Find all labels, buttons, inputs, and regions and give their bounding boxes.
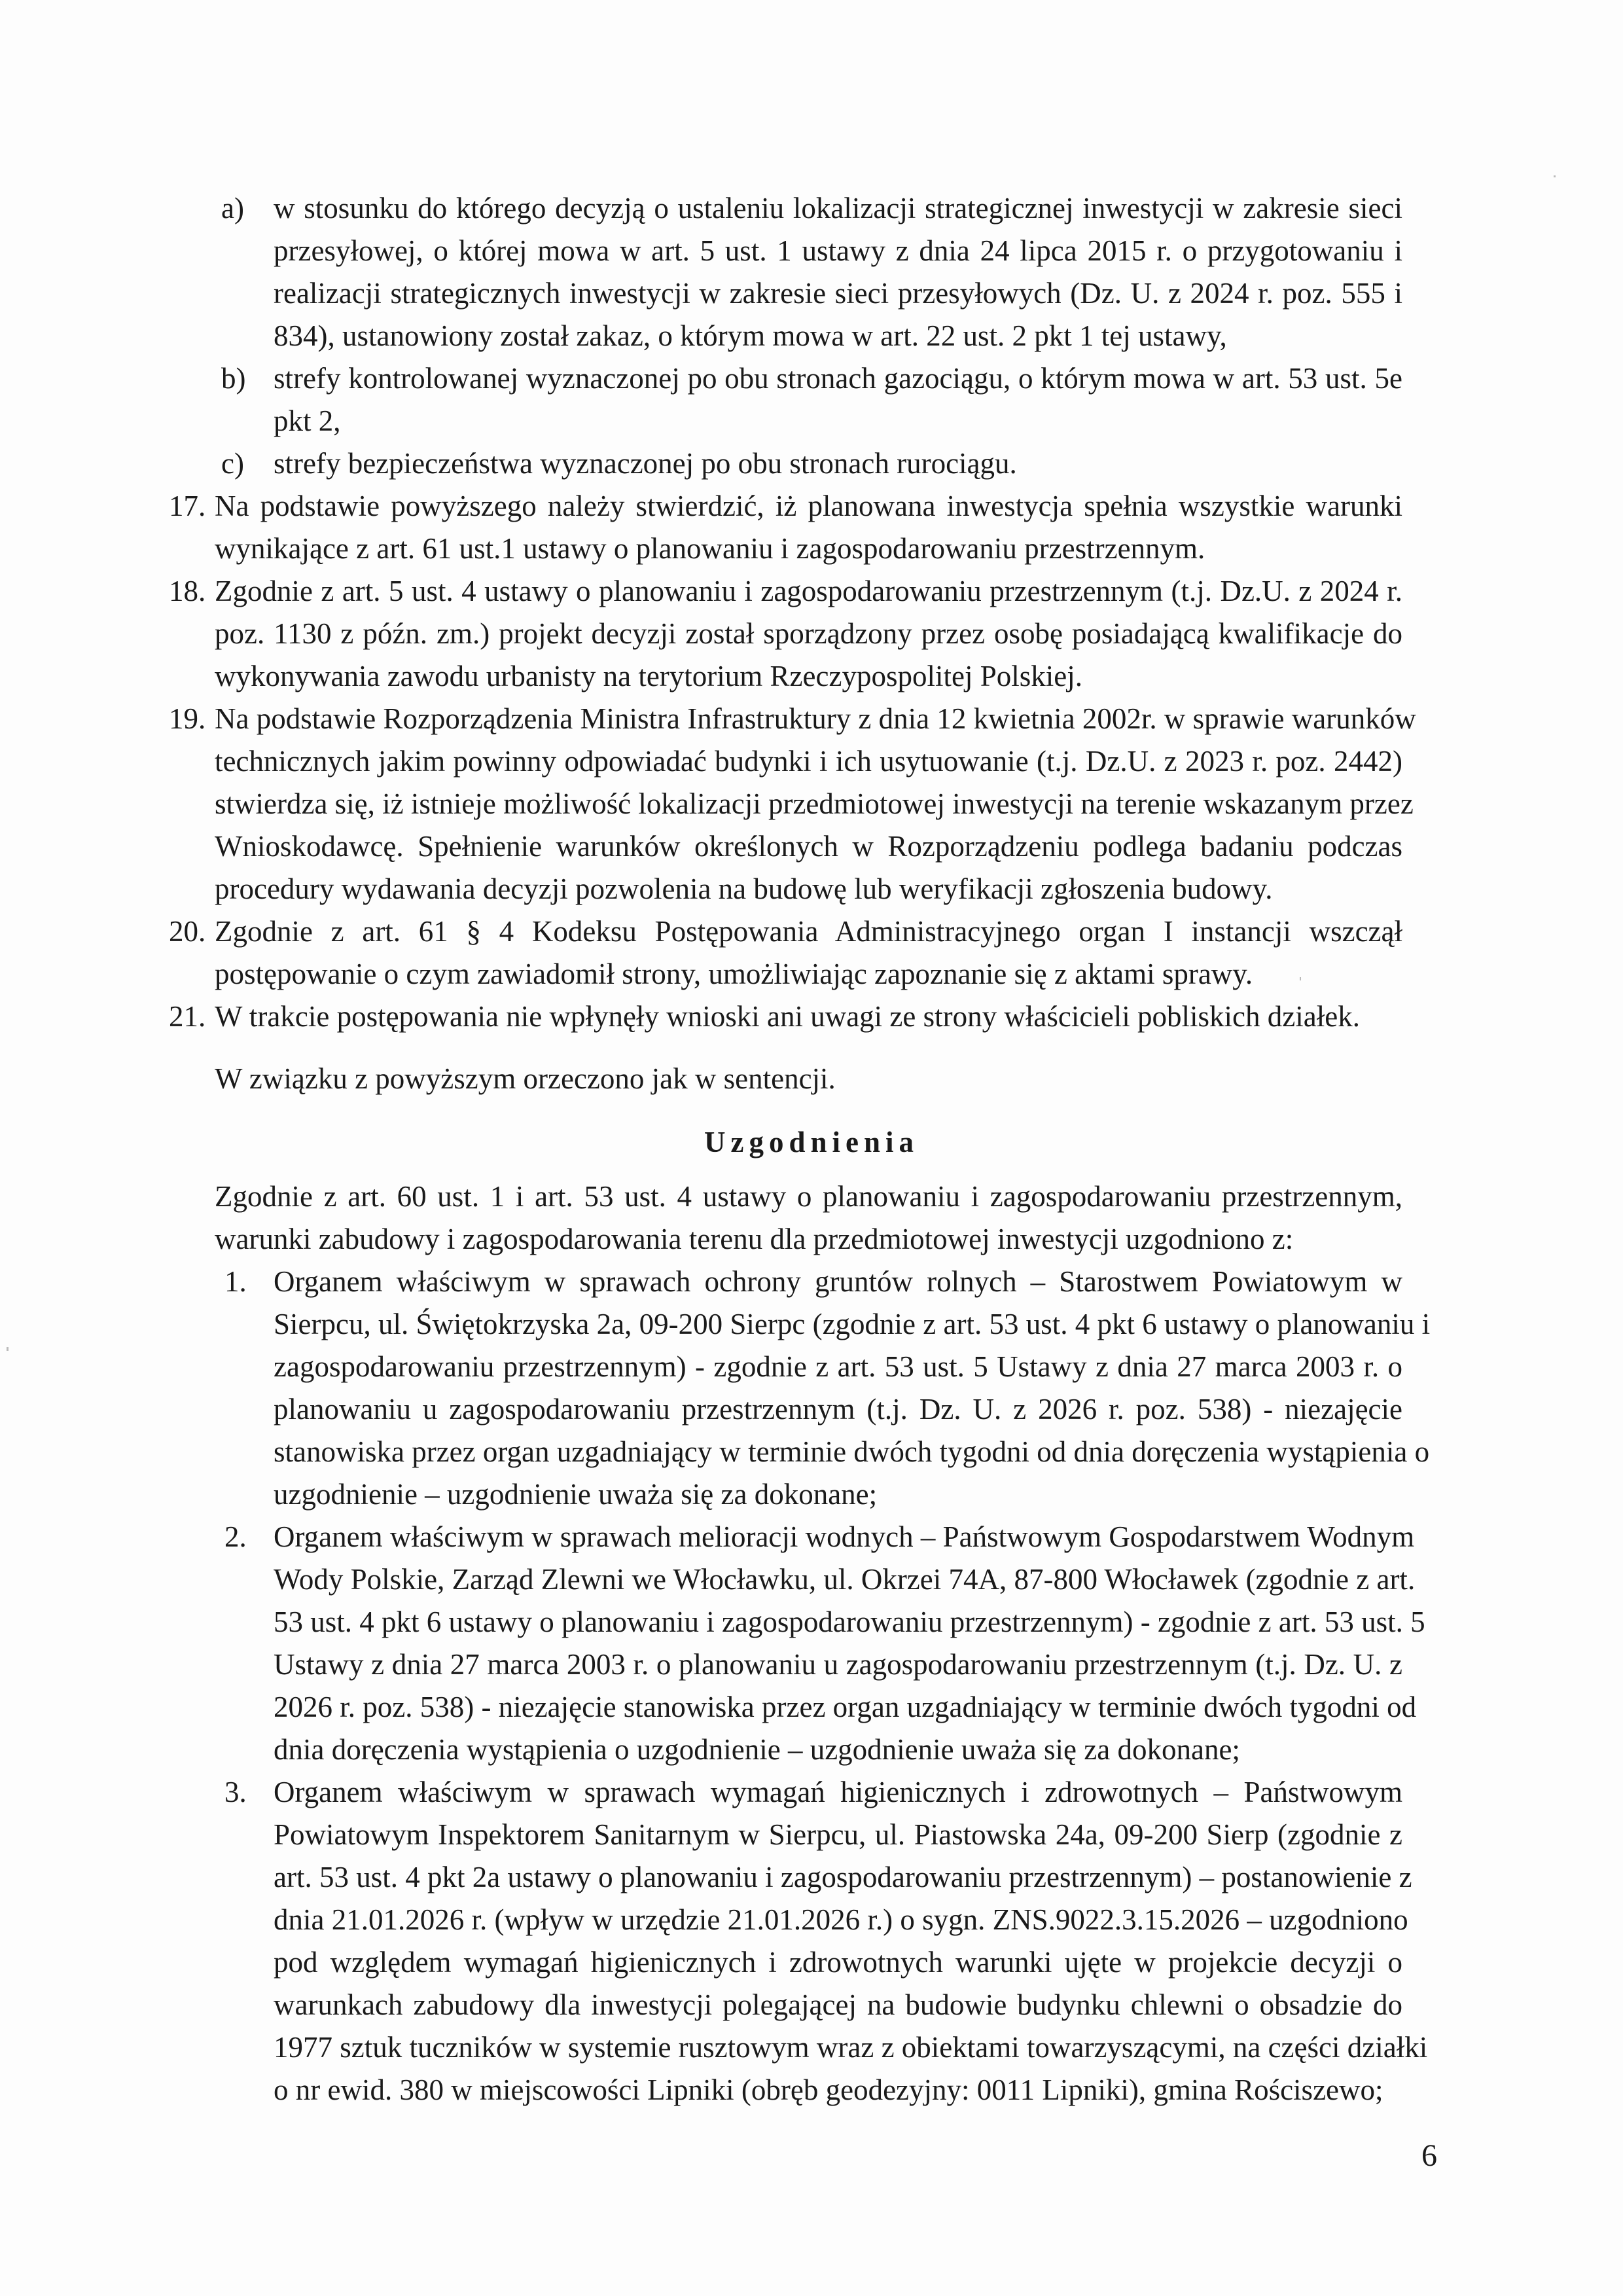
agreement-2-line: Ustawy z dnia 27 marca 2003 r. o planowa… — [274, 1650, 1402, 1679]
agreement-3-line: Powiatowym Inspektorem Sanitarnym w Sier… — [274, 1820, 1402, 1850]
item-17-line: wynikające z art. 61 ust.1 ustawy o plan… — [215, 534, 1205, 564]
agreement-2-line: Wody Polskie, Zarząd Zlewni we Włocławku… — [274, 1565, 1402, 1594]
scan-speck — [1300, 977, 1301, 980]
sub-item-b-line: pkt 2, — [274, 406, 341, 436]
sub-item-marker-c: c) — [221, 449, 244, 478]
agreement-3-line: Organem właściwym w sprawach wymagań hig… — [274, 1778, 1402, 1807]
agreement-1-line: stanowiska przez organ uzgadniający w te… — [274, 1437, 1402, 1467]
item-20-line: postępowanie o czym zawiadomił strony, u… — [215, 960, 1253, 989]
item-18-line: wykonywania zawodu urbanisty na terytori… — [215, 662, 1082, 691]
agreement-marker-2: 2. — [224, 1522, 247, 1552]
item-20-line: Zgodnie z art. 61 § 4 Kodeksu Postępowan… — [215, 917, 1402, 946]
agreement-1-line: Sierpcu, ul. Świętokrzyska 2a, 09-200 Si… — [274, 1310, 1402, 1339]
document-page: a) w stosunku do którego decyzją o ustal… — [0, 0, 1623, 2296]
agreement-3-line: art. 53 ust. 4 pkt 2a ustawy o planowani… — [274, 1863, 1402, 1892]
scan-speck — [1554, 175, 1556, 177]
sub-item-a-line: 834), ustanowiony został zakaz, o którym… — [274, 321, 1227, 351]
agreement-2-line: 53 ust. 4 pkt 6 ustawy o planowaniu i za… — [274, 1607, 1402, 1637]
item-19-line: Na podstawie Rozporządzenia Ministra Inf… — [215, 704, 1402, 734]
item-18-line: poz. 1130 z późn. zm.) projekt decyzji z… — [215, 619, 1402, 649]
item-21-line: W trakcie postępowania nie wpłynęły wnio… — [215, 1002, 1360, 1031]
section-heading: Uzgodnienia — [0, 1128, 1623, 1157]
agreement-2-line: Organem właściwym w sprawach melioracji … — [274, 1522, 1402, 1552]
sub-item-a-line: w stosunku do którego decyzją o ustaleni… — [274, 194, 1402, 223]
agreement-2-line: 2026 r. poz. 538) - niezajęcie stanowisk… — [274, 1693, 1402, 1722]
agreement-marker-3: 3. — [224, 1778, 247, 1807]
agreement-3-line: warunkach zabudowy dla inwestycji polega… — [274, 1990, 1402, 2020]
item-18-line: Zgodnie z art. 5 ust. 4 ustawy o planowa… — [215, 577, 1402, 606]
item-marker-17: 17. — [169, 492, 205, 521]
sub-item-a-line: przesyłowej, o której mowa w art. 5 ust.… — [274, 236, 1402, 266]
agreement-1-line: Organem właściwym w sprawach ochrony gru… — [274, 1267, 1402, 1297]
scan-speck — [7, 1347, 9, 1351]
item-17-line: Na podstawie powyższego należy stwierdzi… — [215, 492, 1402, 521]
agreement-3-line: dnia 21.01.2026 r. (wpływ w urzędzie 21.… — [274, 1905, 1402, 1935]
page-number: 6 — [1421, 2140, 1437, 2172]
sub-item-marker-b: b) — [221, 364, 246, 393]
item-marker-19: 19. — [169, 704, 205, 734]
agreement-1-line: zagospodarowaniu przestrzennym) - zgodni… — [274, 1352, 1402, 1382]
agreement-1-line: planowaniu u zagospodarowaniu przestrzen… — [274, 1395, 1402, 1424]
item-marker-18: 18. — [169, 577, 205, 606]
sub-item-c-line: strefy bezpieczeństwa wyznaczonej po obu… — [274, 449, 1017, 478]
intro-line: Zgodnie z art. 60 ust. 1 i art. 53 ust. … — [215, 1182, 1402, 1211]
conclusion-text: W związku z powyższym orzeczono jak w se… — [215, 1064, 836, 1094]
sub-item-a-line: realizacji strategicznych inwestycji w z… — [274, 279, 1402, 308]
sub-item-marker-a: a) — [221, 194, 244, 223]
intro-line: warunki zabudowy i zagospodarowania tere… — [215, 1225, 1293, 1254]
item-19-line: stwierdza się, iż istnieje możliwość lok… — [215, 789, 1402, 819]
item-19-line: procedury wydawania decyzji pozwolenia n… — [215, 874, 1273, 904]
agreement-3-line: o nr ewid. 380 w miejscowości Lipniki (o… — [274, 2075, 1383, 2105]
agreement-2-line: dnia doręczenia wystąpienia o uzgodnieni… — [274, 1735, 1240, 1765]
item-19-line: Wnioskodawcę. Spełnienie warunków określ… — [215, 832, 1402, 861]
agreement-1-line: uzgodnienie – uzgodnienie uważa się za d… — [274, 1480, 877, 1509]
item-marker-21: 21. — [169, 1002, 205, 1031]
item-marker-20: 20. — [169, 917, 205, 946]
agreement-3-line: pod względem wymagań higienicznych i zdr… — [274, 1948, 1402, 1977]
sub-item-b-line: strefy kontrolowanej wyznaczonej po obu … — [274, 364, 1402, 393]
item-19-line: technicznych jakim powinny odpowiadać bu… — [215, 747, 1402, 776]
agreement-marker-1: 1. — [224, 1267, 247, 1297]
agreement-3-line: 1977 sztuk tuczników w systemie rusztowy… — [274, 2033, 1402, 2062]
